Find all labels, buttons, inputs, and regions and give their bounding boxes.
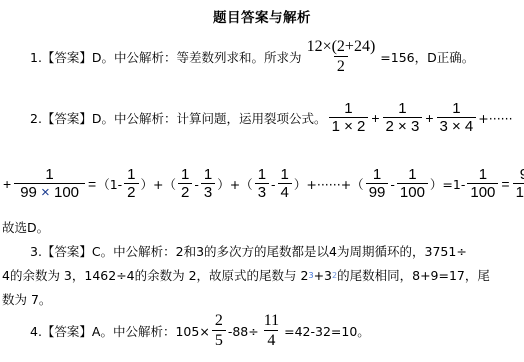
answer-1: 1.【答案】D。中公解析：等差数列求和。所求为 12×(2+24) 2 =156…: [30, 38, 474, 77]
fraction-1-over-1x2: 1 1 × 2: [329, 100, 369, 136]
answer-2-conclusion: 故选D。: [2, 218, 49, 236]
answer-3-line-2: 4的余数为 3，1462÷4的余数为 2，故原式的尾数与 23+32的尾数相同，…: [2, 266, 490, 284]
answer-1-result: =156，D正确。: [380, 48, 474, 66]
answer-1-fraction: 12×(2+24) 2: [304, 38, 379, 77]
fraction-1-over-2x3: 1 2 × 3: [383, 100, 423, 136]
answer-4: 4.【答案】A。中公解析：105× 25 -88÷ 114 =42-32=10。: [30, 312, 370, 351]
answer-3-line-3: 数为 7。: [2, 290, 51, 308]
answer-2: 2.【答案】D。中公解析：计算问题，运用裂项公式。 1 1 × 2 + 1 2 …: [30, 100, 513, 136]
fraction-1-over-3x4: 1 3 × 4: [437, 100, 477, 136]
answer-2-derivation: + 1 99 × 100 = （1- 12 ）+（ 12 - 13 ）+（ 13…: [2, 166, 524, 202]
answer-1-text: 1.【答案】D。中公解析：等差数列求和。所求为: [30, 48, 302, 66]
page-title: 题目答案与解析: [0, 6, 524, 26]
fraction-1-over-99x100: 1 99 × 100: [14, 166, 85, 202]
answer-2-text: 2.【答案】D。中公解析：计算问题，运用裂项公式。: [30, 109, 327, 127]
final-fraction: 99100: [513, 166, 524, 202]
answer-3-line-1: 3.【答案】C。中公解析：2和3的多次方的尾数都是以4为周期循环的，3751÷: [30, 242, 467, 260]
